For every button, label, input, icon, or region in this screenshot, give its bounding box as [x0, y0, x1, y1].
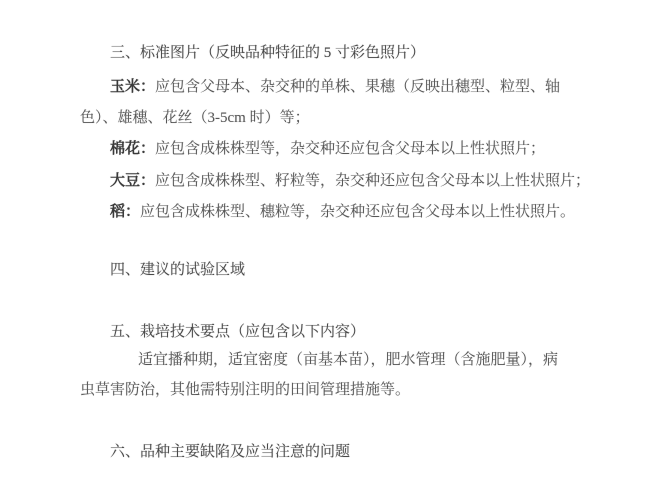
paragraph-text: 虫草害防治，其他需特别注明的田间管理措施等。	[80, 382, 410, 398]
paragraph-rice: 稻：应包含成株株型、穗粒等，杂交种还应包含父母本以上性状照片。	[110, 204, 575, 220]
paragraph-text: 应包含成株株型等，杂交种还应包含父母本以上性状照片；	[155, 141, 545, 157]
paragraph-corn: 玉米：应包含父母本、杂交种的单株、果穗（反映出穗型、粒型、轴	[110, 79, 560, 95]
paragraph-text: 应包含成株株型、籽粒等，杂交种还应包含父母本以上性状照片；	[155, 173, 590, 189]
heading-text: 五、栽培技术要点（应包含以下内容）	[110, 324, 365, 340]
section-heading-test-regions: 四、建议的试验区域	[110, 262, 245, 278]
paragraph-text: 应包含父母本、杂交种的单株、果穗（反映出穗型、粒型、轴	[155, 79, 560, 95]
paragraph-corn-continuation: 色）、雄穗、花丝（3-5cm 时）等；	[80, 110, 310, 126]
paragraph-text: 色）、雄穗、花丝（3-5cm 时）等；	[80, 110, 310, 126]
document-page: 三、标准图片（反映品种特征的 5 寸彩色照片） 玉米：应包含父母本、杂交种的单株…	[0, 0, 650, 493]
heading-text: 三、标准图片（反映品种特征的 5 寸彩色照片）	[110, 45, 425, 61]
heading-text: 四、建议的试验区域	[110, 262, 245, 278]
crop-label-corn: 玉米：	[110, 79, 155, 95]
section-heading-defects-issues: 六、品种主要缺陷及应当注意的问题	[110, 444, 350, 460]
section-heading-cultivation-techniques: 五、栽培技术要点（应包含以下内容）	[110, 324, 365, 340]
heading-text: 六、品种主要缺陷及应当注意的问题	[110, 444, 350, 460]
paragraph-cultivation: 适宜播种期，适宜密度（亩基本苗），肥水管理（含施肥量），病	[138, 352, 558, 368]
section-heading-standard-photos: 三、标准图片（反映品种特征的 5 寸彩色照片）	[110, 45, 425, 61]
paragraph-text: 应包含成株株型、穗粒等，杂交种还应包含父母本以上性状照片。	[140, 204, 575, 220]
crop-label-rice: 稻：	[110, 204, 140, 220]
paragraph-cotton: 棉花：应包含成株株型等，杂交种还应包含父母本以上性状照片；	[110, 141, 545, 157]
paragraph-soybean: 大豆：应包含成株株型、籽粒等，杂交种还应包含父母本以上性状照片；	[110, 173, 590, 189]
paragraph-text: 适宜播种期，适宜密度（亩基本苗），肥水管理（含施肥量），病	[138, 352, 558, 368]
crop-label-cotton: 棉花：	[110, 141, 155, 157]
crop-label-soybean: 大豆：	[110, 173, 155, 189]
paragraph-cultivation-continuation: 虫草害防治，其他需特别注明的田间管理措施等。	[80, 382, 410, 398]
